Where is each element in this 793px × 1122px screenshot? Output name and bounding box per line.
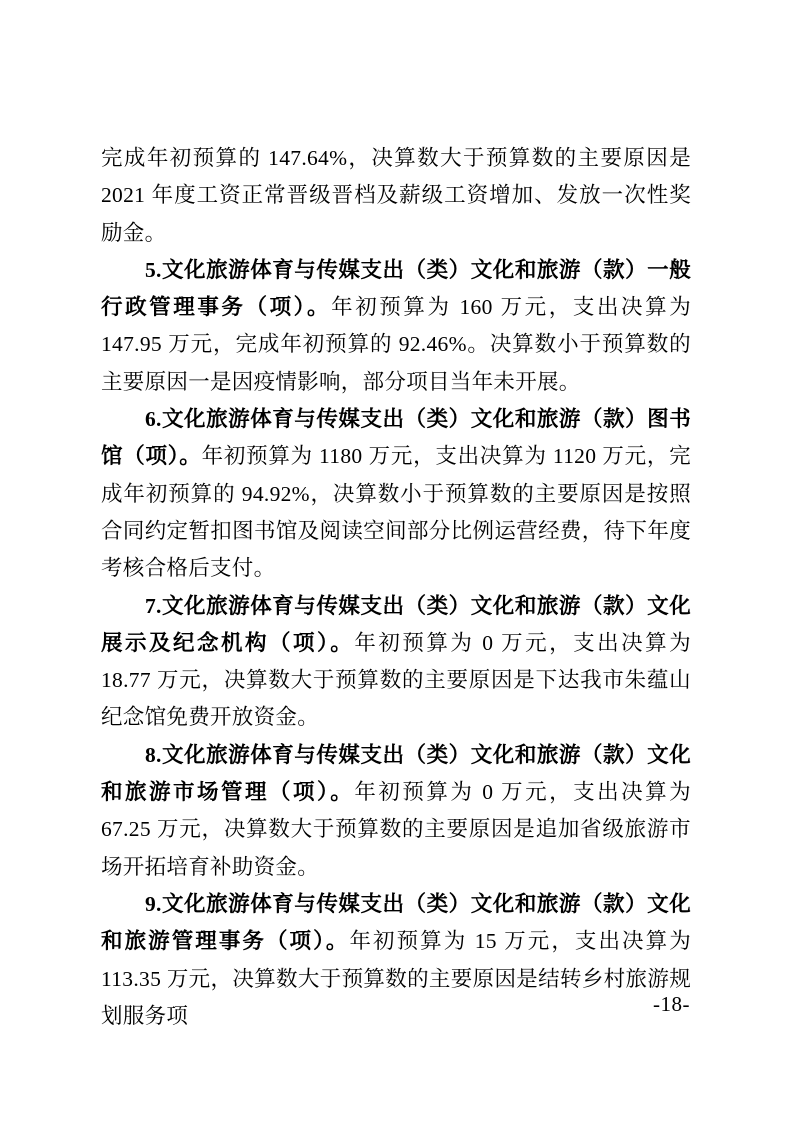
budget-item-9: 9.文化旅游体育与传媒支出（类）文化和旅游（款）文化和旅游管理事务（项）。年初预… <box>101 886 691 1035</box>
budget-item-5: 5.文化旅游体育与传媒支出（类）文化和旅游（款）一般行政管理事务（项）。年初预算… <box>101 252 691 401</box>
budget-item-7: 7.文化旅游体育与传媒支出（类）文化和旅游（款）文化展示及纪念机构（项）。年初预… <box>101 588 691 737</box>
page-number: -18- <box>653 992 690 1016</box>
document-page: 完成年初预算的 147.64%，决算数大于预算数的主要原因是 2021 年度工资… <box>0 0 793 1122</box>
budget-item-8: 8.文化旅游体育与传媒支出（类）文化和旅游（款）文化和旅游市场管理（项）。年初预… <box>101 737 691 886</box>
paragraph-continuation: 完成年初预算的 147.64%，决算数大于预算数的主要原因是 2021 年度工资… <box>101 140 691 252</box>
budget-item-6: 6.文化旅游体育与传媒支出（类）文化和旅游（款）图书馆（项）。年初预算为 118… <box>101 401 691 587</box>
page-body: 完成年初预算的 147.64%，决算数大于预算数的主要原因是 2021 年度工资… <box>101 140 691 1035</box>
paragraph-text: 完成年初预算的 147.64%，决算数大于预算数的主要原因是 2021 年度工资… <box>101 146 691 245</box>
